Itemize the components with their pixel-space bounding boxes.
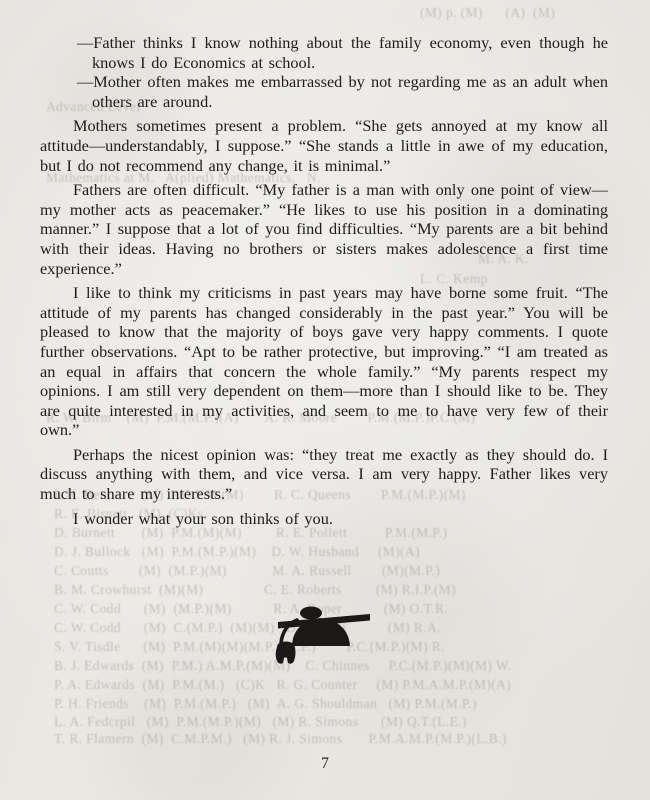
body-paragraph: I like to think my criticisms in past ye…	[40, 283, 608, 440]
bleedthrough-line: C. Coutts (M) (M.P.)(M) M. A. Russell (M…	[54, 563, 440, 579]
bleedthrough-line: T. R. Flamern (M) C.M.P.M.) (M) R. J. Si…	[54, 731, 507, 747]
quote-list: —Father thinks I know nothing about the …	[40, 33, 608, 111]
bleedthrough-line: P. H. Friends (M) P.M.(M.P.) (M) A. G. S…	[54, 696, 477, 712]
quote-item: —Father thinks I know nothing about the …	[40, 33, 608, 72]
graduation-cap-icon	[256, 594, 380, 674]
body-paragraph: Mothers sometimes present a problem. “Sh…	[40, 116, 608, 175]
graduation-cap-svg	[256, 594, 380, 674]
body-paragraph: Perhaps the nicest opinion was: “they tr…	[40, 445, 608, 504]
quote-item: —Mother often makes me embarrassed by no…	[40, 72, 608, 111]
bleedthrough-line: D. J. Bullock (M) P.M.(M.P.)(M) D. W. Hu…	[54, 544, 420, 560]
scanned-book-page: (M) p. (M) (A) (M)Advanced LevelMathemat…	[0, 0, 650, 800]
paragraph-block: Mothers sometimes present a problem. “Sh…	[40, 116, 608, 528]
bleedthrough-line: P. A. Edwards (M) P.M.(M.) (C)K R. G. Co…	[54, 677, 511, 693]
bleedthrough-line: L. A. Fedcrpil (M) P.M.(M.P.)(M) (M) R. …	[54, 714, 467, 730]
bleedthrough-line: B. M. Crowhurst (M)(M) C. E. Roberts (M)…	[54, 582, 456, 598]
bleedthrough-line: C. W. Codd (M) (M.P.)(M) R. A. Roper (M)…	[54, 601, 448, 617]
page-number: 7	[0, 755, 650, 773]
page-body-text: —Father thinks I know nothing about the …	[40, 0, 608, 528]
bleedthrough-line: S. V. Tisdle (M) P.M.(M)(M)(M.P.)(M.P.) …	[54, 639, 445, 655]
bleedthrough-line: C. W. Codd (M) C.(M.P.) (M)(M) D. Russel…	[54, 620, 441, 636]
body-paragraph: Fathers are often difficult. “My father …	[40, 180, 608, 278]
body-paragraph: I wonder what your son thinks of you.	[40, 509, 608, 529]
